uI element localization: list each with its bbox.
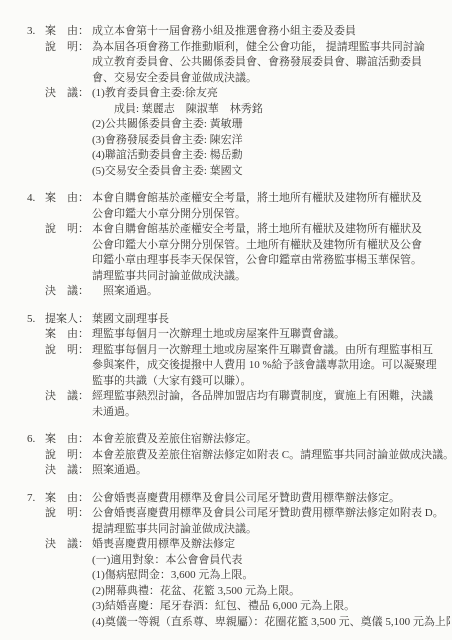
row-label: 決 議：	[45, 463, 92, 479]
row-label: 說 明：	[45, 506, 92, 522]
item-number: 5.	[27, 312, 45, 328]
agenda-item: 6.案 由：本會差旅費及差旅住宿辦法修定。說 明：本會差旅費及差旅住宿辦法修定如…	[27, 432, 450, 479]
text-line: 照案通過。	[92, 463, 450, 479]
text-line: (4)聯誼活動委員會主委: 楊岳勳	[92, 148, 450, 164]
row-label: 案 由：	[45, 191, 92, 207]
row-content: 公會婚喪喜慶費用標準及會員公司尾牙贊助費用標準辦法修定如附表 D。提請理監事共同…	[92, 506, 450, 537]
text-line: 成立教育委員會、公共關係委員會、會務發展委員會、聯誼活動委員	[92, 55, 450, 71]
item-number: 6.	[27, 432, 45, 448]
text-line: 公會印鑑大小章分開分別保管。土地所有權狀及建物所有權狀及公會	[92, 238, 450, 254]
text-line: 經理監事熱烈討論，各品牌加盟店均有聯賣制度，實施上有困難，決議	[92, 389, 450, 405]
row-resolution: 決 議：照案通過。	[27, 463, 450, 479]
row-label: 案 由：	[45, 24, 92, 40]
text-line: 參與案件，成交後提撥中人費用 10 %給予該會議專款用途。可以凝聚理	[92, 358, 450, 374]
text-line: (1)教育委員會主委:徐友亮	[92, 86, 450, 102]
row-label: 說 明：	[45, 40, 92, 56]
agenda-item: 5.提案人：葉國文副理事長案 由：理監事每個月一次辦理土地或房屋案件互聯賣會議。…	[27, 312, 450, 421]
row-content: 葉國文副理事長	[92, 312, 450, 328]
row-content: 本會差旅費及差旅住宿辦法修定。	[92, 432, 450, 448]
text-line: (3)結婚喜慶：尾牙春酒：紅包、禮品 6,000 元為上限。	[92, 599, 450, 615]
row-subject: 6.案 由：本會差旅費及差旅住宿辦法修定。	[27, 432, 450, 448]
item-number: 3.	[27, 24, 45, 40]
row-content: 本會差旅費及差旅住宿辦法修定如附表 C。請理監事共同討論並做成決議。	[92, 448, 450, 464]
row-content: 本會自購會館基於產權安全考量，將土地所有權狀及建物所有權狀及公會印鑑大小章分開分…	[92, 222, 450, 284]
row-content: 經理監事熱烈討論，各品牌加盟店均有聯賣制度，實施上有困難，決議未通過。	[92, 389, 450, 420]
text-line: 監事的共識（大家有錢可以賺）。	[92, 374, 450, 390]
text-line: (5)交易安全委員會主委: 葉國文	[92, 164, 450, 180]
text-line: 本會差旅費及差旅住宿辦法修定。	[92, 432, 450, 448]
agenda-item: 7.案 由：公會婚喪喜慶費用標準及會員公司尾牙贊助費用標準辦法修定。說 明：公會…	[27, 491, 450, 631]
row-content: 照案通過。	[92, 463, 450, 479]
row-content: 本會自購會館基於產權安全考量，將土地所有權狀及建物所有權狀及公會印鑑大小章分開分…	[92, 191, 450, 222]
text-line: 理監事每個月一次辦理土地或房屋案件互聯賣會議。	[92, 327, 450, 343]
row-subject: 4.案 由：本會自購會館基於產權安全考量，將土地所有權狀及建物所有權狀及公會印鑑…	[27, 191, 450, 222]
row-label: 說 明：	[45, 448, 92, 464]
text-line: 提請理監事共同討論並做成決議。	[92, 522, 450, 538]
row-content: 婚喪喜慶費用標準及辦法修定(一)適用對象：本公會會員代表(1)傷病慰問金：3,6…	[92, 537, 450, 630]
row-label: 決 議：	[45, 284, 92, 300]
row-proposer: 5.提案人：葉國文副理事長	[27, 312, 450, 328]
agenda-item: 3.案 由：成立本會第十一屆會務小組及推選會務小組主委及委員說 明：為本屆各項會…	[27, 24, 450, 179]
row-content: (1)教育委員會主委:徐友亮 成員: 葉麗志 陳淑華 林秀銘(2)公共關係委員會…	[92, 86, 450, 179]
text-line: (3)會務發展委員會主委: 陳宏洋	[92, 133, 450, 149]
text-line: 本會自購會館基於產權安全考量，將土地所有權狀及建物所有權狀及	[92, 222, 450, 238]
row-resolution: 決 議：婚喪喜慶費用標準及辦法修定(一)適用對象：本公會會員代表(1)傷病慰問金…	[27, 537, 450, 630]
row-explanation: 說 明：本會自購會館基於產權安全考量，將土地所有權狀及建物所有權狀及公會印鑑大小…	[27, 222, 450, 284]
row-label: 提案人：	[45, 312, 92, 328]
item-number: 7.	[27, 491, 45, 507]
text-line: 本會差旅費及差旅住宿辦法修定如附表 C。請理監事共同討論並做成決議。	[92, 448, 450, 464]
row-label: 案 由：	[45, 491, 92, 507]
agenda-item: 4.案 由：本會自購會館基於產權安全考量，將土地所有權狀及建物所有權狀及公會印鑑…	[27, 191, 450, 300]
row-subject: 案 由：理監事每個月一次辦理土地或房屋案件互聯賣會議。	[27, 327, 450, 343]
row-content: 成立本會第十一屆會務小組及推選會務小組主委及委員	[92, 24, 450, 40]
row-label: 決 議：	[45, 537, 92, 553]
row-content: 理監事每個月一次辦理土地或房屋案件互聯賣會議。由所有理監事相互參與案件，成交後提…	[92, 343, 450, 390]
row-explanation: 說 明：理監事每個月一次辦理土地或房屋案件互聯賣會議。由所有理監事相互參與案件，…	[27, 343, 450, 390]
row-resolution: 決 議：經理監事熱烈討論，各品牌加盟店均有聯賣制度，實施上有困難，決議未通過。	[27, 389, 450, 420]
row-label: 決 議：	[45, 86, 92, 102]
row-subject: 7.案 由：公會婚喪喜慶費用標準及會員公司尾牙贊助費用標準辦法修定。	[27, 491, 450, 507]
row-content: 照案通過。	[92, 284, 450, 300]
row-subject: 3.案 由：成立本會第十一屆會務小組及推選會務小組主委及委員	[27, 24, 450, 40]
row-content: 理監事每個月一次辦理土地或房屋案件互聯賣會議。	[92, 327, 450, 343]
row-explanation: 說 明：公會婚喪喜慶費用標準及會員公司尾牙贊助費用標準辦法修定如附表 D。提請理…	[27, 506, 450, 537]
text-line: 葉國文副理事長	[92, 312, 450, 328]
text-line: 未通過。	[92, 405, 450, 421]
text-line: (2)開幕典禮：花盆、花籃 3,500 元為上限。	[92, 584, 450, 600]
text-line: 會、交易安全委員會並做成決議。	[92, 71, 450, 87]
text-line: 印鑑小章由理事長李天保保管，公會印鑑章由常務監事楊玉華保管。	[92, 253, 450, 269]
text-line: (2)公共關係委員會主委: 黃敏珊	[92, 117, 450, 133]
text-line: 成員: 葉麗志 陳淑華 林秀銘	[92, 102, 450, 118]
document-page: 3.案 由：成立本會第十一屆會務小組及推選會務小組主委及委員說 明：為本屆各項會…	[0, 0, 452, 640]
row-label: 說 明：	[45, 343, 92, 359]
text-line: (1)傷病慰問金：3,600 元為上限。	[92, 568, 450, 584]
row-content: 為本屆各項會務工作推動順利，健全公會功能， 提請理監事共同討論成立教育委員會、公…	[92, 40, 450, 87]
row-label: 案 由：	[45, 432, 92, 448]
row-content: 公會婚喪喜慶費用標準及會員公司尾牙贊助費用標準辦法修定。	[92, 491, 450, 507]
item-number: 4.	[27, 191, 45, 207]
row-resolution: 決 議：(1)教育委員會主委:徐友亮 成員: 葉麗志 陳淑華 林秀銘(2)公共關…	[27, 86, 450, 179]
text-line: 公會印鑑大小章分開分別保管。	[92, 207, 450, 223]
text-line: (4)奠儀一等親（直系尊、卑親屬）：花圈花籃 3,500 元、奠儀 5,100 …	[92, 615, 450, 631]
text-line: 婚喪喜慶費用標準及辦法修定	[92, 537, 450, 553]
text-line: 本會自購會館基於產權安全考量，將土地所有權狀及建物所有權狀及	[92, 191, 450, 207]
text-line: 為本屆各項會務工作推動順利，健全公會功能， 提請理監事共同討論	[92, 40, 450, 56]
text-line: 成立本會第十一屆會務小組及推選會務小組主委及委員	[92, 24, 450, 40]
row-resolution: 決 議： 照案通過。	[27, 284, 450, 300]
row-label: 決 議：	[45, 389, 92, 405]
text-line: 照案通過。	[92, 284, 450, 300]
text-line: 請理監事共同討論並做成決議。	[92, 269, 450, 285]
text-line: 公會婚喪喜慶費用標準及會員公司尾牙贊助費用標準辦法修定如附表 D。	[92, 506, 450, 522]
row-label: 案 由：	[45, 327, 92, 343]
text-line: 理監事每個月一次辦理土地或房屋案件互聯賣會議。由所有理監事相互	[92, 343, 450, 359]
text-line: 公會婚喪喜慶費用標準及會員公司尾牙贊助費用標準辦法修定。	[92, 491, 450, 507]
row-label: 說 明：	[45, 222, 92, 238]
row-explanation: 說 明：為本屆各項會務工作推動順利，健全公會功能， 提請理監事共同討論成立教育委…	[27, 40, 450, 87]
row-explanation: 說 明：本會差旅費及差旅住宿辦法修定如附表 C。請理監事共同討論並做成決議。	[27, 448, 450, 464]
text-line: (一)適用對象：本公會會員代表	[92, 553, 450, 569]
